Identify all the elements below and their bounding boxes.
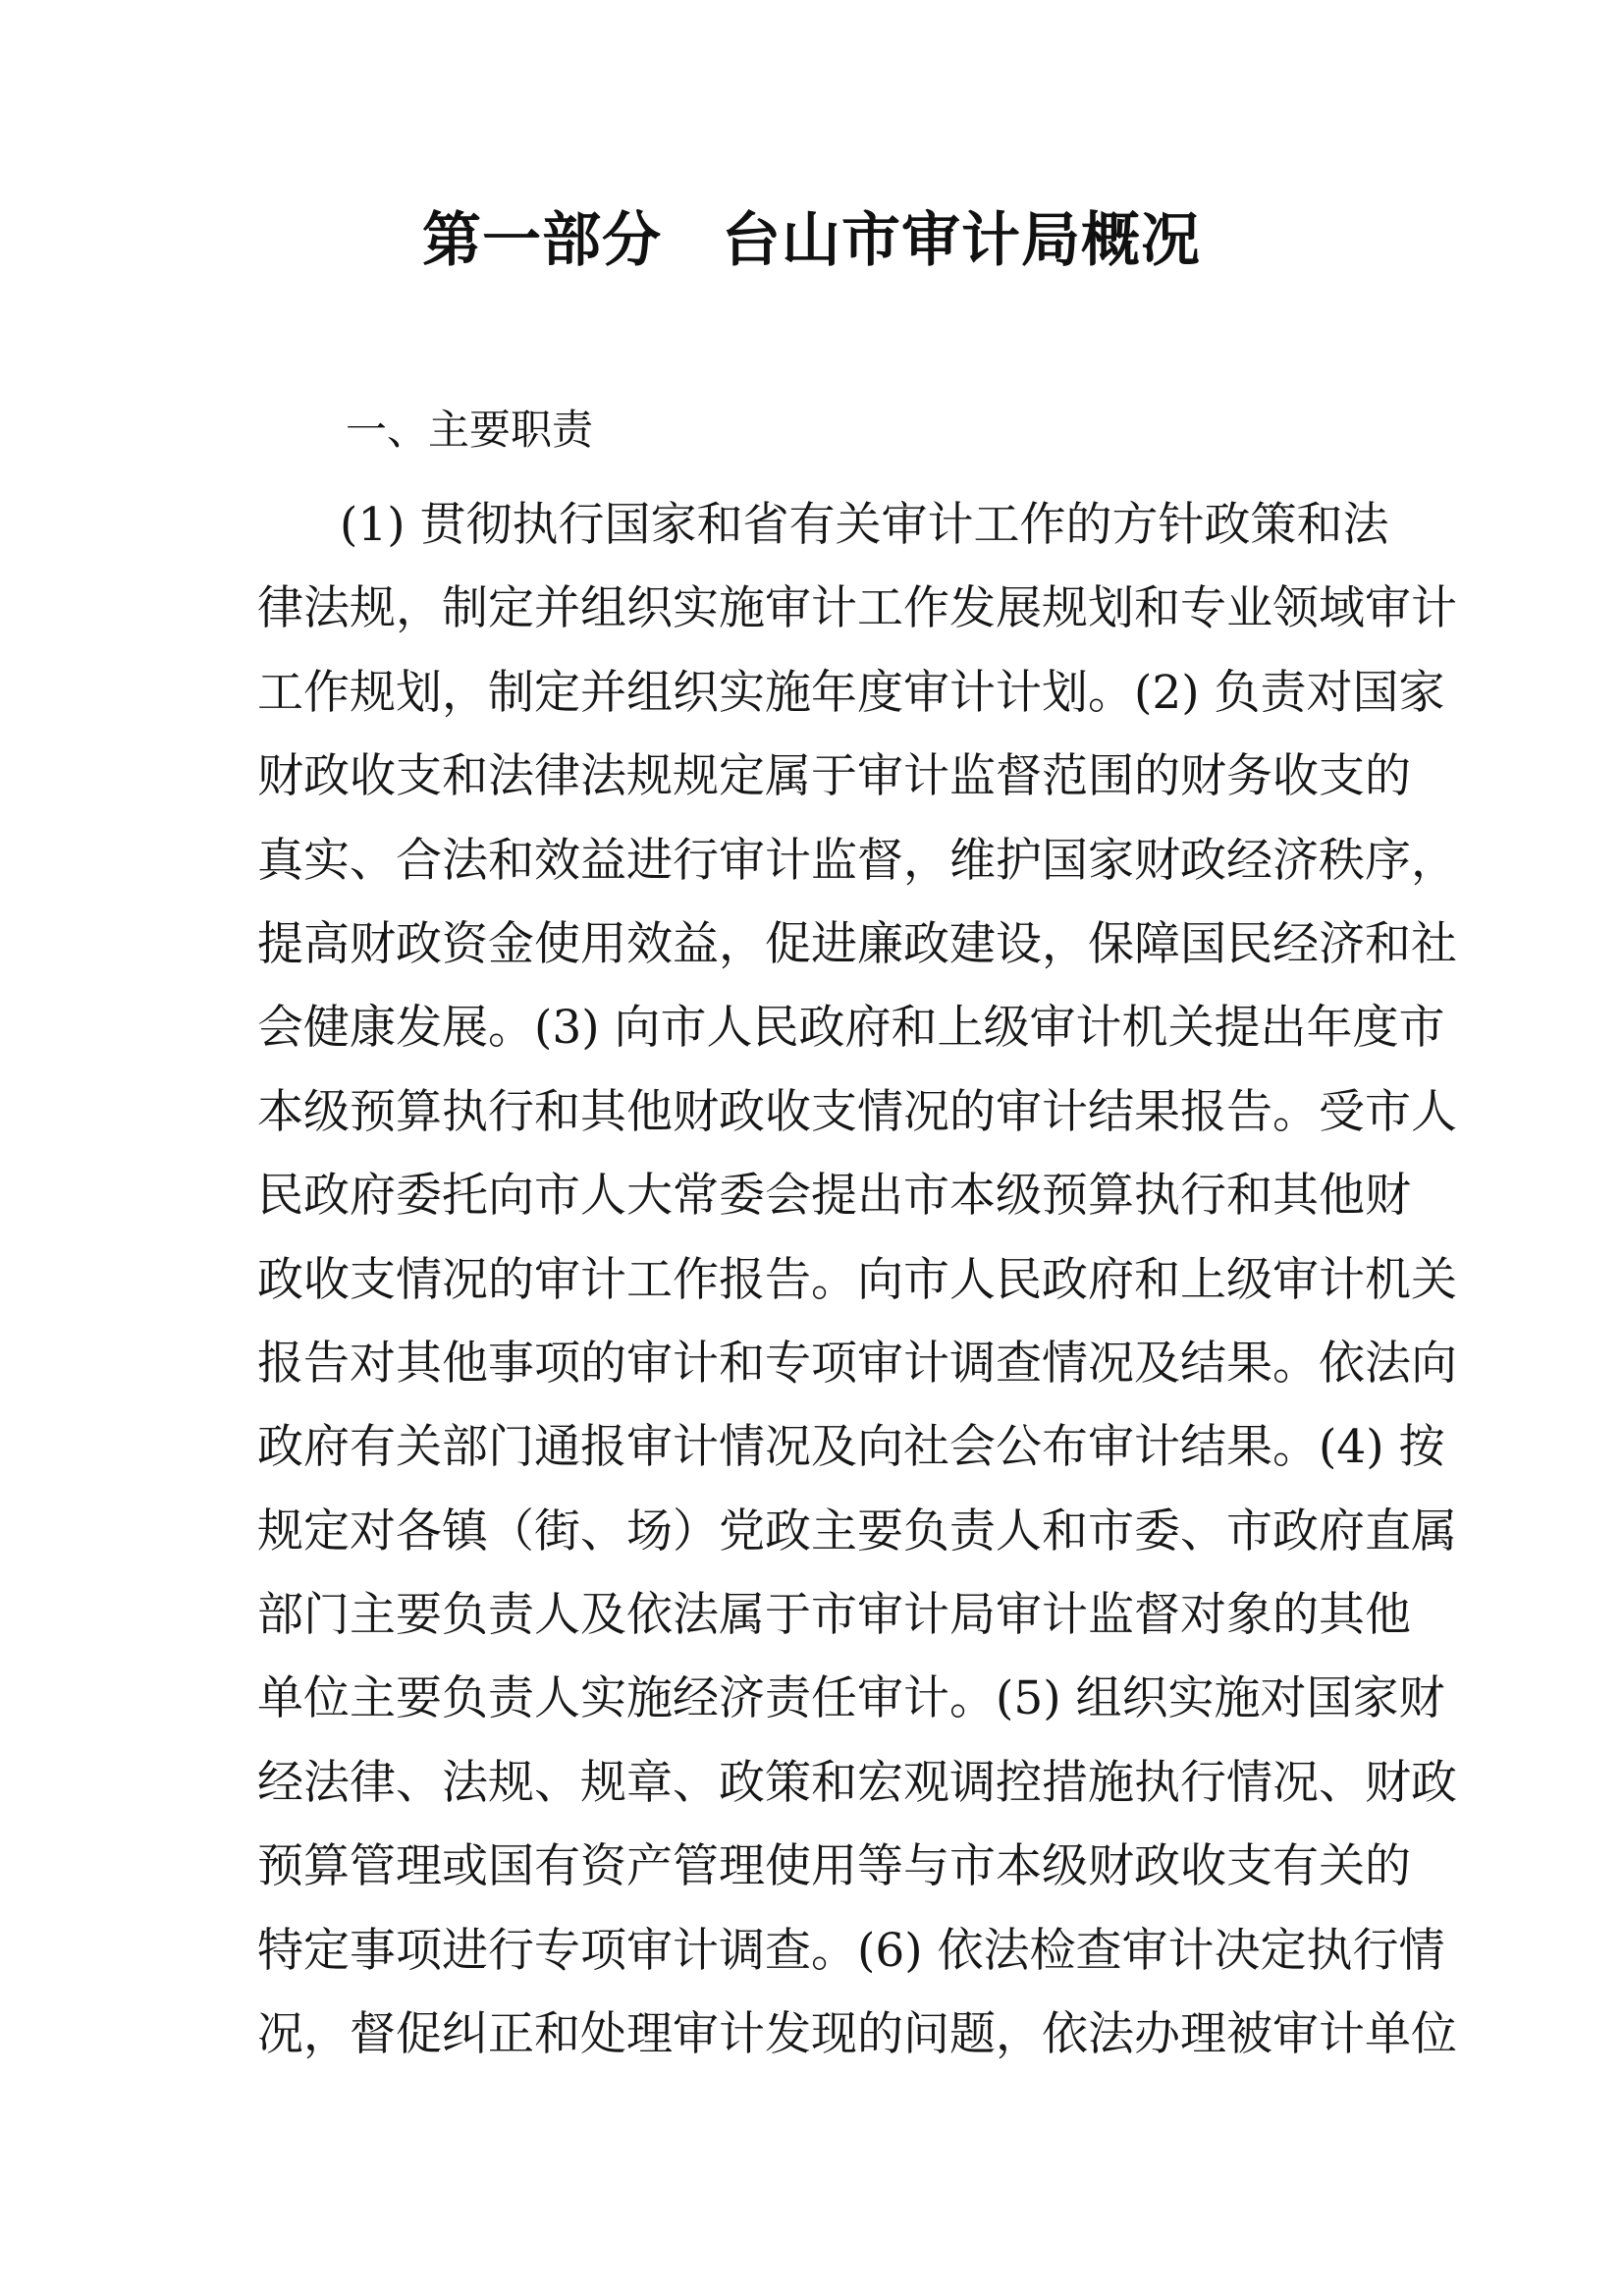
document-page: 第一部分 台山市审计局概况 一、主要职责 (1) 贯彻执行国家和省有关审计工作的… xyxy=(0,0,1623,2296)
body-line: 真实、合法和效益进行审计监督，维护国家财政经济秩序， xyxy=(257,819,1388,902)
body-line: 特定事项进行专项审计调查。(6) 依法检查审计决定执行情 xyxy=(257,1909,1388,1993)
body-line: 政收支情况的审计工作报告。向市人民政府和上级审计机关 xyxy=(257,1238,1388,1322)
body-paragraph: (1) 贯彻执行国家和省有关审计工作的方针政策和法 律法规，制定并组织实施审计工… xyxy=(257,483,1388,2076)
body-line: 预算管理或国有资产管理使用等与市本级财政收支有关的 xyxy=(257,1825,1388,1908)
body-line: 本级预算执行和其他财政收支情况的审计结果报告。受市人 xyxy=(257,1070,1388,1154)
body-line: (1) 贯彻执行国家和省有关审计工作的方针政策和法 xyxy=(257,483,1388,567)
body-line: 律法规，制定并组织实施审计工作发展规划和专业领域审计 xyxy=(257,567,1388,650)
body-line: 况，督促纠正和处理审计发现的问题，依法办理被审计单位 xyxy=(257,1993,1388,2076)
body-line: 民政府委托向市人大常委会提出市本级预算执行和其他财 xyxy=(257,1154,1388,1237)
body-line: 财政收支和法律法规规定属于审计监督范围的财务收支的 xyxy=(257,735,1388,818)
body-line: 提高财政资金使用效益，促进廉政建设，保障国民经济和社 xyxy=(257,902,1388,986)
body-line: 部门主要负责人及依法属于市审计局审计监督对象的其他 xyxy=(257,1573,1388,1657)
body-line: 会健康发展。(3) 向市人民政府和上级审计机关提出年度市 xyxy=(257,986,1388,1069)
body-line: 政府有关部门通报审计情况及向社会公布审计结果。(4) 按 xyxy=(257,1405,1388,1489)
document-title: 第一部分 台山市审计局概况 xyxy=(0,201,1623,280)
body-line: 经法律、法规、规章、政策和宏观调控措施执行情况、财政 xyxy=(257,1741,1388,1825)
body-line: 单位主要负责人实施经济责任审计。(5) 组织实施对国家财 xyxy=(257,1657,1388,1740)
body-line: 工作规划，制定并组织实施年度审计计划。(2) 负责对国家 xyxy=(257,651,1388,735)
body-line: 规定对各镇（街、场）党政主要负责人和市委、市政府直属 xyxy=(257,1490,1388,1573)
body-line: 报告对其他事项的审计和专项审计调查情况及结果。依法向 xyxy=(257,1322,1388,1405)
section-heading: 一、主要职责 xyxy=(346,399,593,462)
